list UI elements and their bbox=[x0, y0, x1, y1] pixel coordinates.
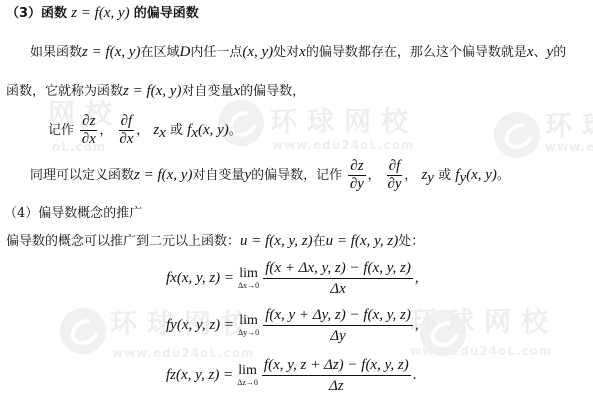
watermark-logo-icon bbox=[494, 112, 540, 158]
fraction-dz-dy: ∂z∂y bbox=[348, 158, 365, 193]
limit-operator: limΔy→0 bbox=[238, 314, 259, 338]
paragraph-1: 如果函数z = f(x, y)在区域D内任一点(x, y)处对x的偏导数都存在，… bbox=[30, 43, 566, 62]
section3-heading: （3）函数 z = f(x, y) 的偏导函数 bbox=[6, 4, 199, 23]
difference-quotient: f(x, y, z + Δz) − f(x, y, z)Δz bbox=[262, 355, 411, 396]
watermark-url-text: www.edu24oL.com bbox=[410, 344, 552, 358]
watermark-brand-text: 环球 bbox=[545, 104, 593, 143]
difference-quotient: f(x, y + Δy, z) − f(x, y, z)Δy bbox=[263, 305, 413, 346]
fraction-dz-dx: ∂z∂x bbox=[80, 113, 97, 148]
watermark-brand-text: 环球网校 bbox=[410, 300, 558, 339]
section4-heading: （4）偏导数概念的推广 bbox=[4, 205, 142, 223]
equation-fy: fy(x, y, z) = limΔy→0 f(x, y + Δy, z) − … bbox=[166, 305, 419, 346]
watermark-url-text: www.ed bbox=[545, 140, 593, 154]
notation-partial-x: 记作 ∂z∂x， ∂f∂x， zx 或 fx(x, y)。 bbox=[48, 112, 242, 151]
watermark-url-text: www.edu24oL.com bbox=[272, 138, 414, 152]
watermark-logo-icon bbox=[420, 310, 466, 356]
watermark-logo-icon bbox=[60, 308, 106, 354]
fraction-df-dx: ∂f∂x bbox=[119, 113, 135, 148]
equation-fx: fx(x, y, z) = limΔx→0 f(x + Δx, y, z) − … bbox=[166, 258, 419, 299]
heading-math: z = f(x, y) bbox=[71, 5, 129, 21]
limit-operator: limΔz→0 bbox=[237, 364, 258, 388]
section4-paragraph: 偏导数的概念可以推广到二元以上函数：u = f(x, y, z)在u = f(x… bbox=[6, 232, 424, 251]
watermark-brand-text: 环球网校 bbox=[270, 100, 418, 139]
paragraph-2: 函数，它就称为函数z = f(x, y)对自变量x的偏导数， bbox=[6, 82, 305, 101]
paragraph-3: 同理可以定义函数z = f(x, y)对自变量y的偏导数，记作 ∂z∂y， ∂f… bbox=[30, 157, 510, 196]
fraction-df-dy: ∂f∂y bbox=[387, 158, 403, 193]
limit-operator: limΔx→0 bbox=[238, 267, 259, 291]
equation-fz: fz(x, y, z) = limΔz→0 f(x, y, z + Δz) − … bbox=[166, 355, 417, 396]
difference-quotient: f(x + Δx, y, z) − f(x, y, z)Δx bbox=[263, 258, 413, 299]
